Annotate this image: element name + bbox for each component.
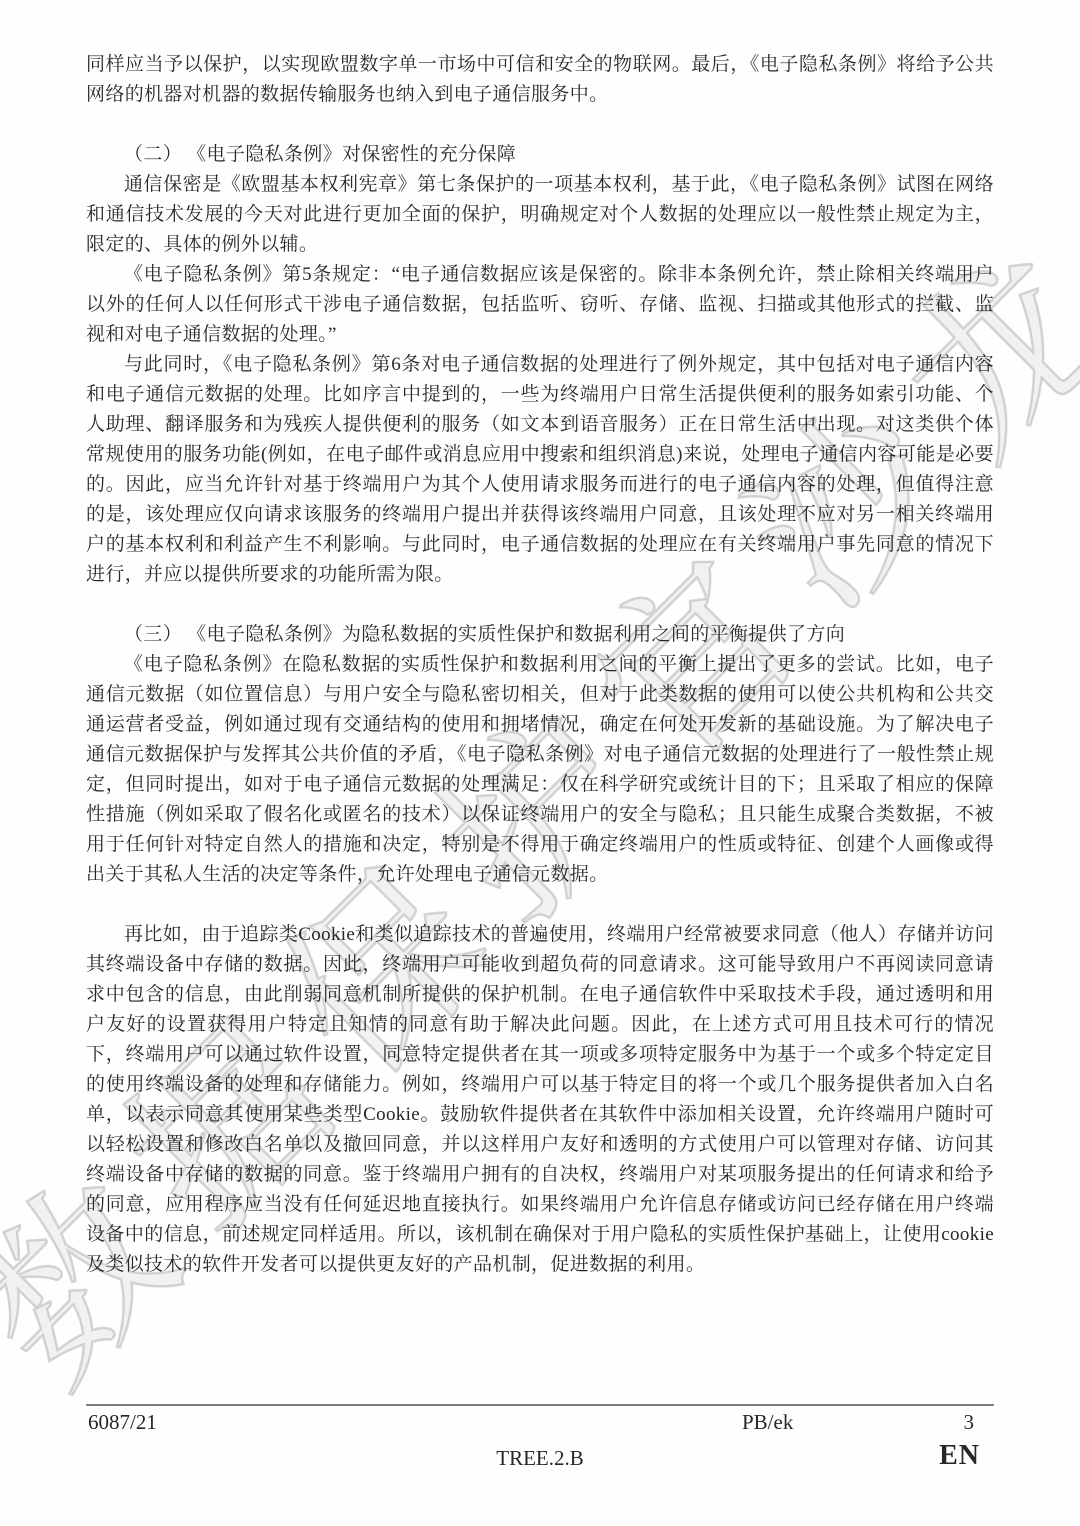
paragraph: 同样应当予以保护，以实现欧盟数字单一市场中可信和安全的物联网。最后，《电子隐私条… <box>86 50 994 110</box>
section-heading: （二） 《电子隐私条例》对保密性的充分保障 <box>86 140 994 170</box>
paragraph: 通信保密是《欧盟基本权利宪章》第七条保护的一项基本权利，基于此，《电子隐私条例》… <box>86 170 994 260</box>
document-body: 同样应当予以保护，以实现欧盟数字单一市场中可信和安全的物联网。最后，《电子隐私条… <box>86 50 994 1280</box>
section-heading: （三） 《电子隐私条例》为隐私数据的实质性保护和数据利用之间的平衡提供了方向 <box>86 620 994 650</box>
footer-divider <box>86 1404 994 1406</box>
document-page: 数据保护官沙龙 同样应当予以保护，以实现欧盟数字单一市场中可信和安全的物联网。最… <box>0 0 1080 1526</box>
footer-committee-code: TREE.2.B <box>0 1446 1080 1471</box>
page-number: 3 <box>964 1410 975 1435</box>
language-code: EN <box>939 1440 980 1472</box>
document-number: 6087/21 <box>88 1410 157 1435</box>
footer-initials: PB/ek <box>742 1410 793 1435</box>
paragraph: 《电子隐私条例》在隐私数据的实质性保护和数据利用之间的平衡上提出了更多的尝试。比… <box>86 650 994 890</box>
paragraph: 《电子隐私条例》第5条规定：“电子通信数据应该是保密的。除非本条例允许，禁止除相… <box>86 260 994 350</box>
paragraph: 与此同时，《电子隐私条例》第6条对电子通信数据的处理进行了例外规定，其中包括对电… <box>86 350 994 590</box>
paragraph: 再比如，由于追踪类Cookie和类似追踪技术的普遍使用，终端用户经常被要求同意（… <box>86 920 994 1280</box>
